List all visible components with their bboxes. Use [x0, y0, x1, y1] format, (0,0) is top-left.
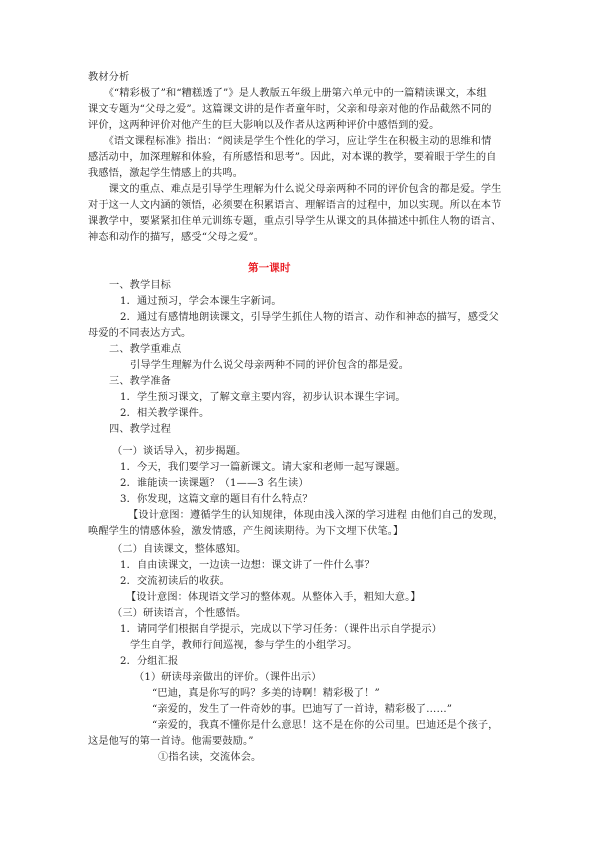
body-line: 引导学生理解为什么说父母亲两种不同的评价包含的都是爱。 [130, 358, 409, 374]
design-note-continued: 唤醒学生的情感体验，激发情感，产生阅读期待。为下文埋下伏笔。】 [88, 524, 403, 540]
paragraph-line: 课文专题为“父母之爱”。这篇课文讲的是作者童年时，父亲和母亲对他的作品截然不同的 [88, 102, 492, 118]
activity-line: ①指名读，交流体会。 [158, 750, 261, 766]
list-item: 1．学生预习课文，了解文章主要内容，初步认识本课生字词。 [120, 390, 406, 406]
paragraph-line: 课文的重点、难点是引导学生理解为什么说父母亲两种不同的评价包含的都是爱。学生 [88, 182, 502, 198]
subheading: （一）谈话导入，初步揭题。 [112, 444, 246, 460]
quote-line-continued: 这是他写的第一首诗。他需要鼓励。” [88, 734, 254, 750]
body-line: 学生自学，教师行间巡视，参与学生的小组学习。 [130, 638, 357, 654]
heading-key-points: 二、教学重难点 [109, 342, 181, 358]
sub-list-item: （1）研读母亲做出的评价。（课件出示） [134, 670, 322, 686]
heading-preparation: 三、教学准备 [109, 374, 171, 390]
paragraph-line: 我感悟，激起学生情感上的共鸣。 [88, 166, 243, 182]
quote-line: “巴迪，真是你写的吗？多美的诗啊！精彩极了！” [152, 686, 380, 702]
list-item: 1．请同学们根据自学提示，完成以下学习任务：（课件出示自学提示） [120, 622, 442, 638]
list-item: 1．通过预习，学会本课生字新词。 [120, 294, 282, 310]
list-item: 1．自由读课文，一边读一边想：课文讲了一件什么事？ [120, 558, 375, 574]
design-note: 【设计意图：遵循学生的认知规律，体现由浅入深的学习进程 由他们自己的发现， [128, 508, 504, 524]
list-item: 2．通过有感情地朗读课文，引导学生抓住人物的语言、动作和神态的描写，感受父 [120, 310, 499, 326]
list-item-continued: 母爱的不同表达方式。 [88, 326, 191, 342]
list-item: 2．谁能读一读课题？（1——3 名生读） [120, 476, 309, 492]
list-item: 2．分组汇报 [120, 654, 178, 670]
list-item: 1．今天，我们要学习一篇新课文。请大家和老师一起写课题。 [120, 460, 406, 476]
paragraph-line: 《语文课程标准》指出：“阅读是学生个性化的学习，应让学生在积极主动的思维和情 [88, 134, 491, 150]
design-note: 【设计意图：体现语文学习的整体观。从整体入手，粗知大意。】 [126, 590, 421, 606]
list-item: 2．相关教学课件。 [120, 406, 209, 422]
paragraph-line: 课教学中，要紧紧扣住单元训练专题，重点引导学生从课文的具体描述中抓住人物的语言、 [88, 214, 502, 230]
heading-objectives: 一、教学目标 [109, 278, 171, 294]
heading-process: 四、教学过程 [109, 422, 171, 438]
paragraph-line: 感活动中，加深理解和体验，有所感悟和思考”。因此，对本课的教学，要着眼于学生的自 [88, 150, 497, 166]
paragraph-line: 评价，这两种评价对他产生的巨大影响以及作者从这两种评价中感悟到的爱。 [88, 118, 439, 134]
lesson-title: 第一课时 [248, 260, 291, 276]
quote-line: “亲爱的，发生了一件奇妙的事。巴迪写了一首诗，精彩极了……” [152, 702, 452, 718]
section-heading: 教材分析 [88, 70, 129, 86]
subheading: （二）自读课文，整体感知。 [112, 542, 246, 558]
quote-line: “亲爱的，我真不懂你是什么意思！这不是在你的公司里。巴迪还是个孩子， [152, 718, 499, 734]
paragraph-line: 对于这一人文内涵的领悟，必须要在积累语言、理解语言的过程中，加以实现。所以在本节 [88, 198, 502, 214]
list-item: 2．交流初读后的收获。 [120, 574, 230, 590]
list-item: 3．你发现，这篇文章的题目有什么特点？ [120, 492, 313, 508]
paragraph-line: 神态和动作的描写，感受“父母之爱”。 [88, 230, 264, 246]
paragraph-line: 《“精彩极了”和“糟糕透了”》是人教版五年级上册第六单元中的一篇精读课文，本组 [88, 86, 487, 102]
subheading: （三）研读语言，个性感悟。 [112, 606, 246, 622]
